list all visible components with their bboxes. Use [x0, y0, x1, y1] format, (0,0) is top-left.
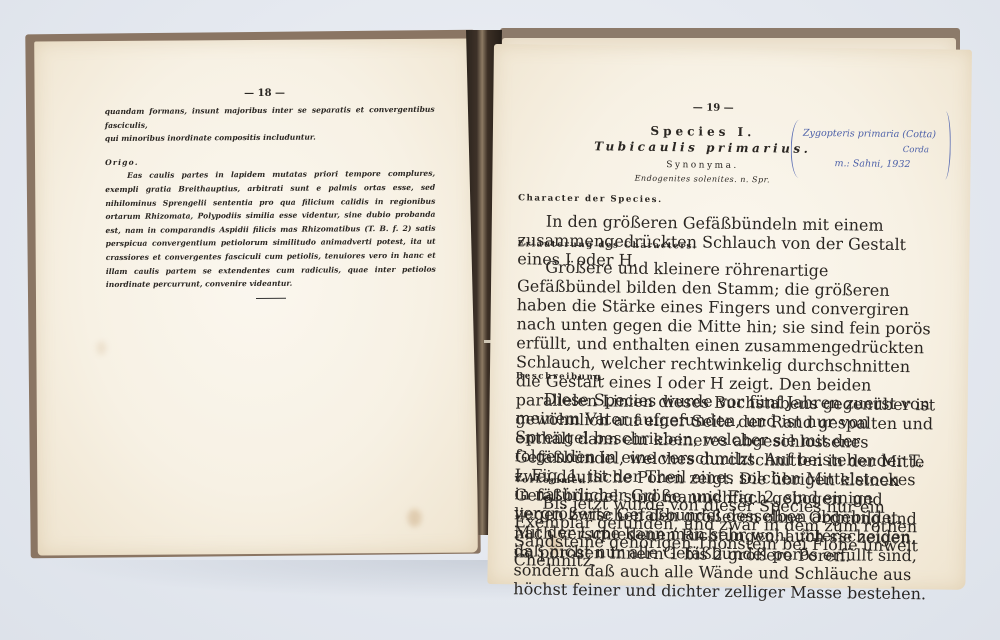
- section-paragraph: Bis jetzt wurde von dieser Species nur e…: [514, 493, 935, 574]
- text-line: quandam formans, insunt majoribus inter …: [105, 103, 435, 132]
- section-heading: Character der Species.: [518, 193, 938, 208]
- section-heading: Beschreibung.: [516, 371, 936, 386]
- right-page: — 19 — Species I. Tubicaulis primarius. …: [487, 44, 972, 590]
- text-line: qui minoribus inordinate compositis incl…: [105, 130, 435, 146]
- page-number-19: — 19 —: [673, 102, 753, 114]
- foxing-stain: [96, 341, 106, 355]
- section-vorkommen: Vorkommen. Bis jetzt wurde von dieser Sp…: [513, 466, 934, 590]
- left-page: — 18 — quandam formans, insunt majoribus…: [34, 38, 478, 555]
- handwritten-line-1: Zygopteris primaria (Cotta): [803, 128, 936, 141]
- handwritten-annotation: Zygopteris primaria (Cotta) Corda m.: Sa…: [790, 118, 951, 190]
- handwritten-line-3: m.: Sahni, 1932: [834, 158, 910, 170]
- left-page-text: quandam formans, insunt majoribus inter …: [105, 103, 436, 292]
- handwritten-line-2: Corda: [903, 145, 929, 155]
- end-rule: [256, 298, 286, 299]
- bracket-right: [939, 111, 951, 179]
- section-heading: Erläuterung des Characters.: [517, 239, 937, 254]
- foxing-stain: [407, 509, 421, 527]
- section-heading: Vorkommen.: [515, 475, 935, 490]
- page-number-18: — 18 —: [225, 88, 305, 100]
- signature-mark: 3*: [800, 528, 810, 538]
- origo-paragraph: Eas caulis partes in lapidem mutatas pri…: [105, 167, 436, 292]
